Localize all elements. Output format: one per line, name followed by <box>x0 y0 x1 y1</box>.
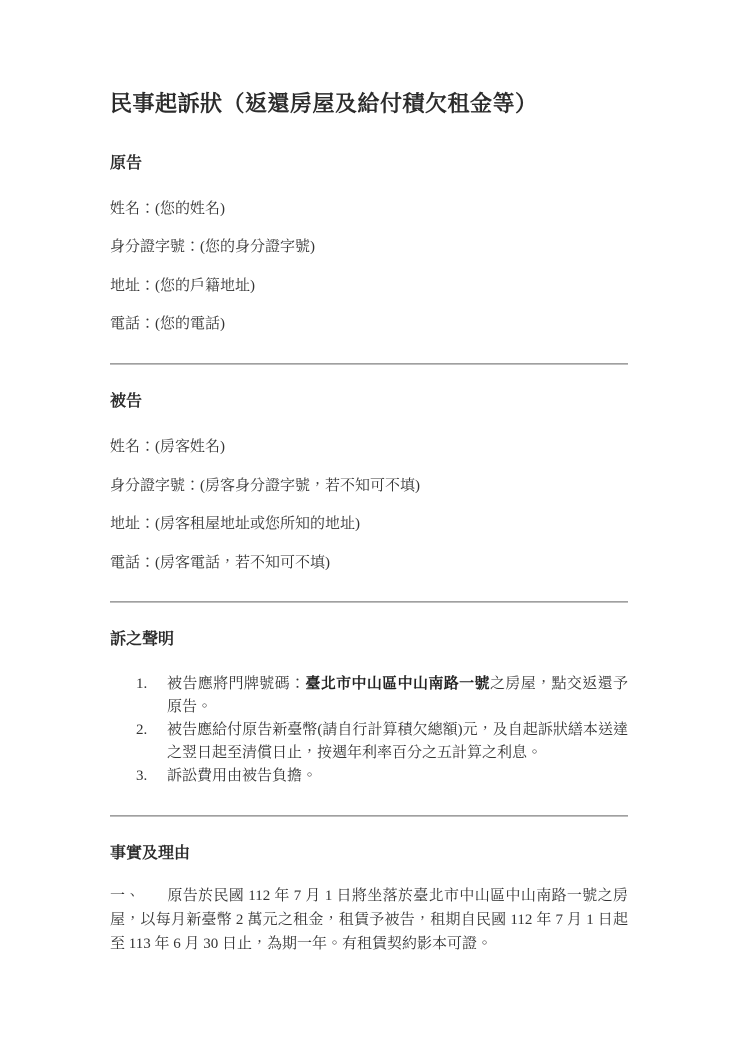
claim-item-3: 3. 訴訟費用由被告負擔。 <box>110 765 628 788</box>
claim-text: 被告應將門牌號碼：臺北市中山區中山南路一號之房屋，點交返還予原告。 <box>167 673 628 719</box>
section-divider <box>110 601 628 603</box>
claim-item-1: 1. 被告應將門牌號碼：臺北市中山區中山南路一號之房屋，點交返還予原告。 <box>110 673 628 719</box>
defendant-phone-field: 電話：(房客電話，若不知可不填) <box>110 552 628 575</box>
section-divider <box>110 363 628 365</box>
defendant-id-field: 身分證字號：(房客身分證字號，若不知可不填) <box>110 475 628 498</box>
section-divider <box>110 815 628 817</box>
facts-item-label: 一、 <box>110 884 167 908</box>
claim-number: 2. <box>110 719 167 765</box>
claim-number: 1. <box>110 673 167 719</box>
plaintiff-id-field: 身分證字號：(您的身分證字號) <box>110 236 628 259</box>
claim-text: 被告應給付原告新臺幣(請自行計算積欠總額)元，及自起訴狀繕本送達之翌日起至清償日… <box>167 719 628 765</box>
plaintiff-name-field: 姓名：(您的姓名) <box>110 198 628 221</box>
claim-text-address-bold: 臺北市中山區中山南路一號 <box>305 676 490 692</box>
claim-number: 3. <box>110 765 167 788</box>
plaintiff-heading: 原告 <box>110 153 628 175</box>
plaintiff-address-field: 地址：(您的戶籍地址) <box>110 275 628 298</box>
defendant-heading: 被告 <box>110 391 628 413</box>
plaintiff-phone-field: 電話：(您的電話) <box>110 313 628 336</box>
claim-item-2: 2. 被告應給付原告新臺幣(請自行計算積欠總額)元，及自起訴狀繕本送達之翌日起至… <box>110 719 628 765</box>
claims-list: 1. 被告應將門牌號碼：臺北市中山區中山南路一號之房屋，點交返還予原告。 2. … <box>110 673 628 788</box>
facts-paragraph: 一、原告於民國 112 年 7 月 1 日將坐落於臺北市中山區中山南路一號之房屋… <box>110 884 628 956</box>
defendant-name-field: 姓名：(房客姓名) <box>110 436 628 459</box>
claim-text-pre: 訴訟費用由被告負擔。 <box>167 768 317 784</box>
claims-heading: 訴之聲明 <box>110 629 628 651</box>
claim-text-pre: 被告應將門牌號碼： <box>167 676 305 692</box>
document-page: 民事起訴狀（返還房屋及給付積欠租金等） 原告 姓名：(您的姓名) 身分證字號：(… <box>0 0 740 1047</box>
claim-text: 訴訟費用由被告負擔。 <box>167 765 628 788</box>
defendant-address-field: 地址：(房客租屋地址或您所知的地址) <box>110 513 628 536</box>
facts-item-text: 原告於民國 112 年 7 月 1 日將坐落於臺北市中山區中山南路一號之房屋，以… <box>110 888 628 952</box>
claim-text-pre: 被告應給付原告新臺幣(請自行計算積欠總額)元，及自起訴狀繕本送達之翌日起至清償日… <box>167 722 628 761</box>
document-title: 民事起訴狀（返還房屋及給付積欠租金等） <box>110 90 628 119</box>
facts-heading: 事實及理由 <box>110 843 628 865</box>
